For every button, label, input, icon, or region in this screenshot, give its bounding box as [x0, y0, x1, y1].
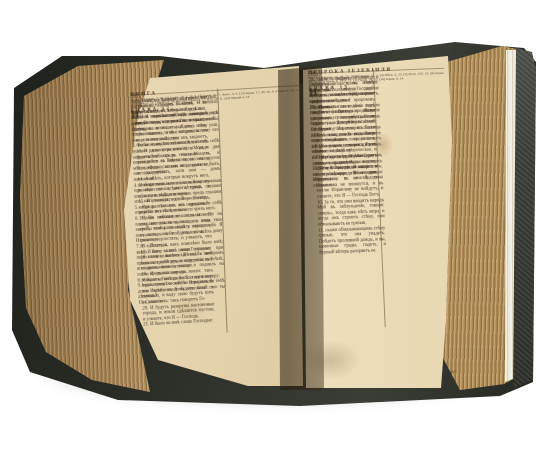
- left-column-2: 11. Скажи: я знаменіе для васъ; что дѣла…: [130, 89, 215, 337]
- photo-open-antique-book: 274 КНИГА Глав. 12. несъ меня въ Халдею,…: [0, 0, 550, 450]
- chapter-12-verses-continued: 11. Скажи: я знаменіе для васъ; что дѣла…: [135, 95, 216, 328]
- right-page-text: Глав. 12. ПРОРОКА ІЕЗЕКІИЛЯ 275 22. сынъ…: [308, 65, 458, 378]
- left-folio-mark: (331): [130, 93, 140, 99]
- printer-signature-mark: 43*: [450, 370, 456, 375]
- right-page-columns: 22. сынъ человѣческій! что за поговорка …: [308, 67, 456, 330]
